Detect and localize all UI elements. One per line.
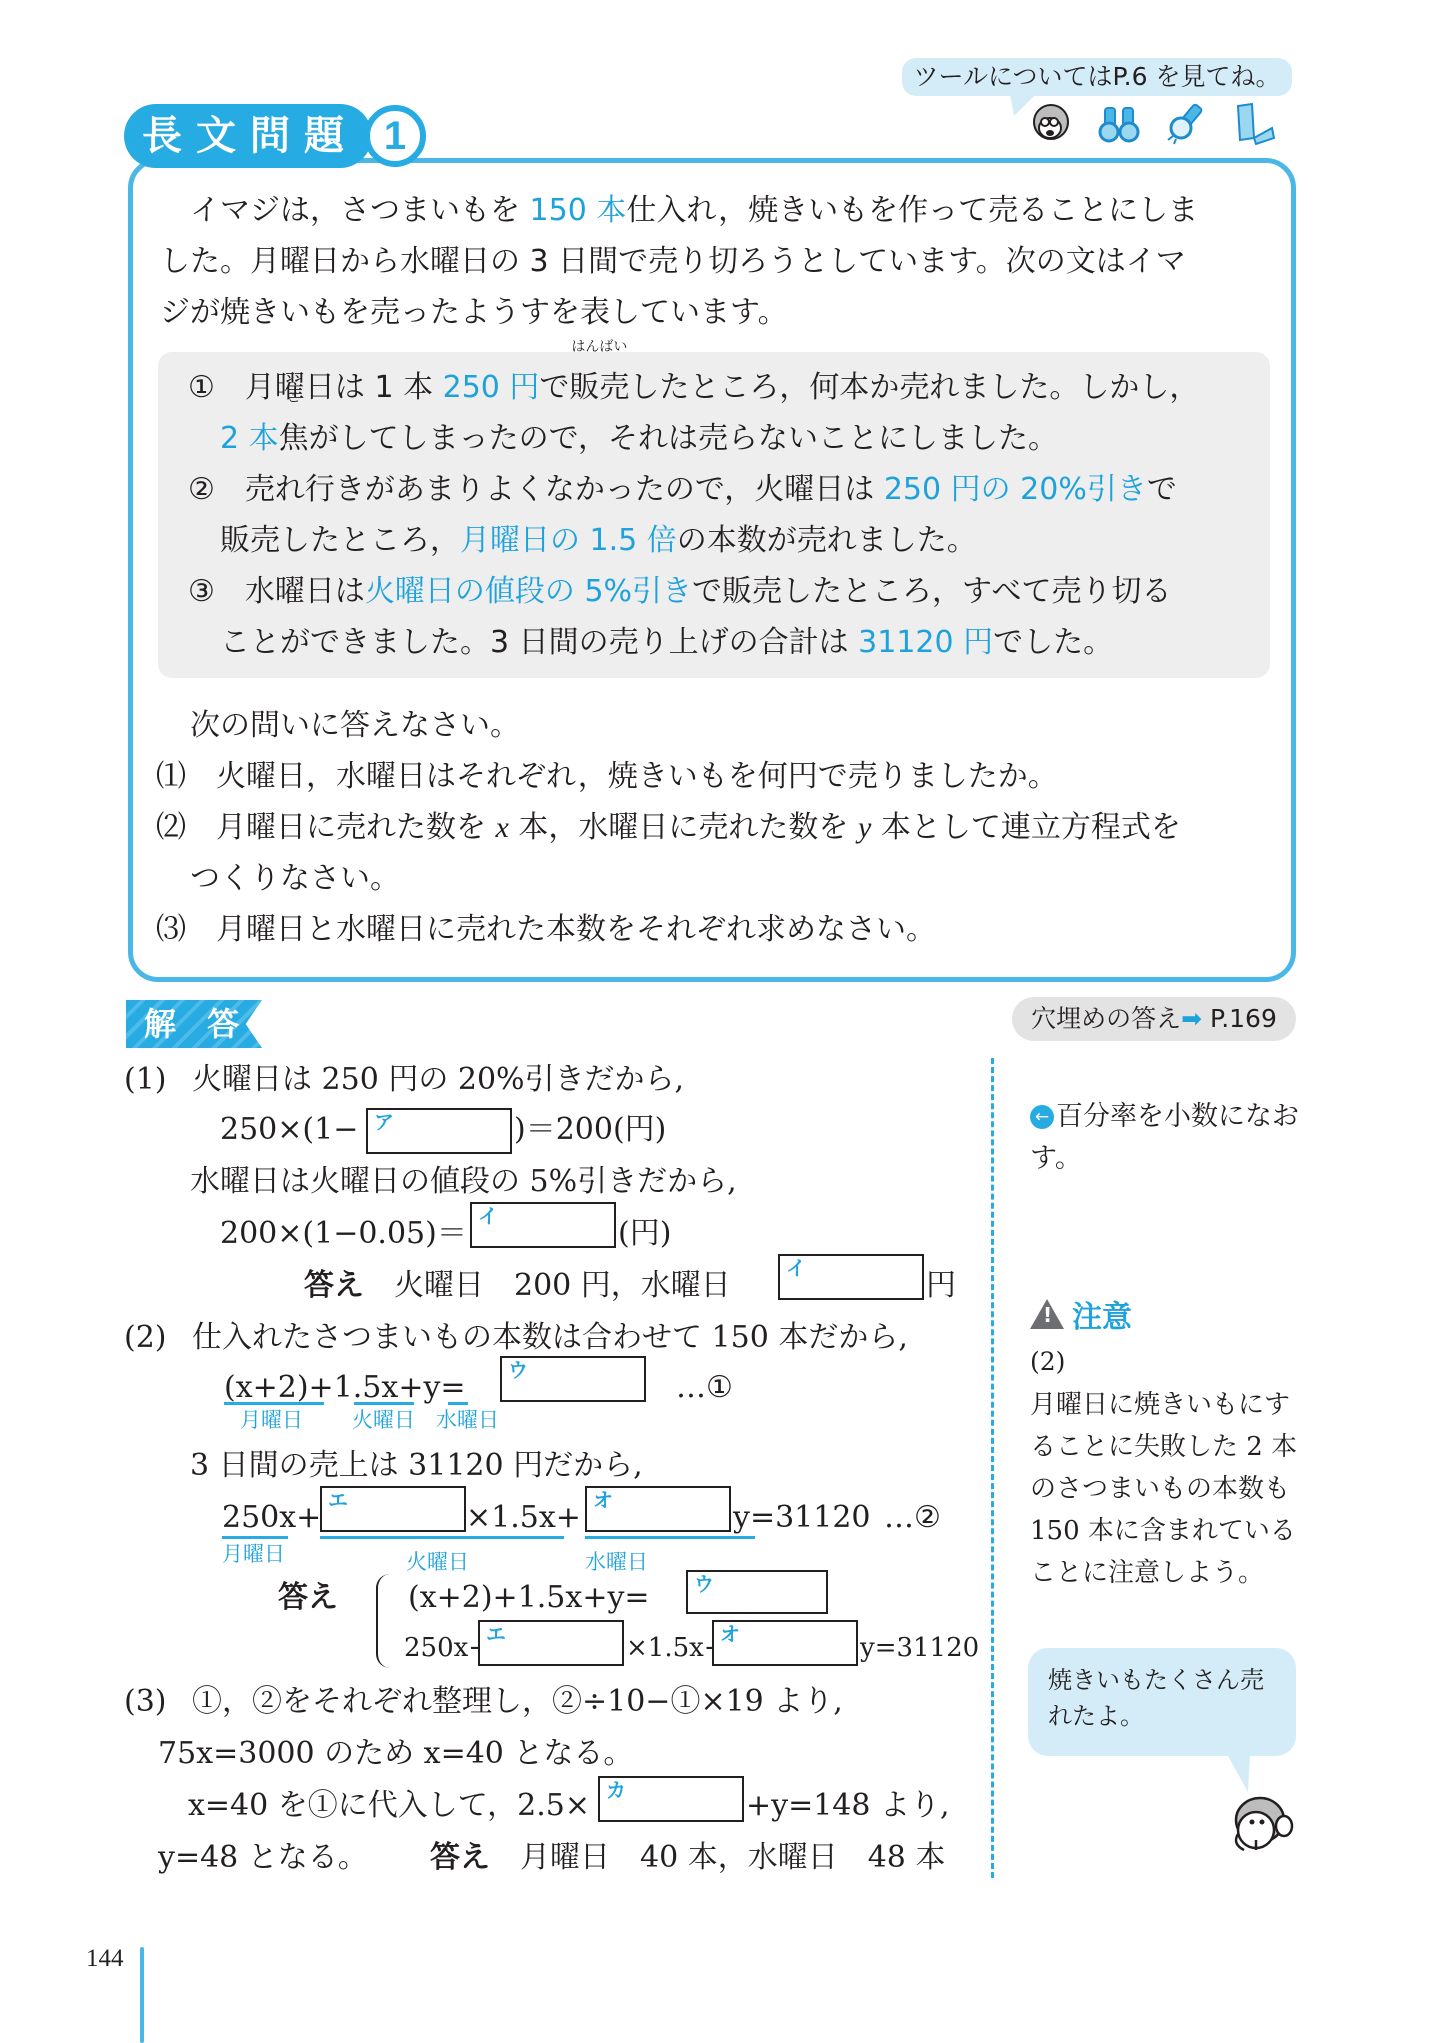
story-item-2: ② 売れ行きがあまりよくなかったので，火曜日は 250 円の 20%引きで xyxy=(188,464,1177,515)
equation-mark-2: …② xyxy=(884,1498,941,1538)
label-tuesday: 火曜日 xyxy=(352,1408,415,1432)
speech-bubble: 焼きいもたくさん売れたよ。 xyxy=(1028,1648,1296,1756)
story-item-3-cont: ことができました。3 日間の売り上げの合計は 31120 円でした。 xyxy=(220,617,1113,668)
underline-monday xyxy=(224,1402,324,1405)
intro-line-3: ジが焼きいもを売ったようすを表しています。 xyxy=(160,287,788,338)
system-eq-2c: y=31120 xyxy=(860,1628,979,1668)
blank-e[interactable]: エ xyxy=(320,1486,466,1532)
answer-3-line-1: ①，②をそれぞれ整理し，②÷10−①×19 より, xyxy=(192,1682,843,1722)
story-item-1: ① 月曜日は 1 本 250 円ではんばい販売したところ，何本か売れました。しか… xyxy=(188,362,1199,413)
answer-tag: 解 答 xyxy=(126,1000,262,1048)
binoculars-icon xyxy=(1096,100,1142,146)
hint-decimal: ←百分率を小数になおす。 xyxy=(1030,1096,1299,1180)
question-3: ⑶ 月曜日と水曜日に売れた本数をそれぞれ求めなさい。 xyxy=(156,904,936,955)
underline-monday-2 xyxy=(222,1536,288,1539)
story-item-2-cont: 販売したところ，月曜日の 1.5 倍の本数が売れました。 xyxy=(220,515,977,566)
underline-tuesday xyxy=(354,1402,414,1405)
answer-3-line-3a: x=40 を①に代入して，2.5× xyxy=(188,1786,590,1826)
system-eq-2b: ×1.5x+ xyxy=(626,1628,726,1668)
label-wednesday: 水曜日 xyxy=(436,1408,499,1432)
answer-2-line-1: 仕入れたさつまいもの本数は合わせて 150 本だから, xyxy=(192,1318,908,1358)
blank-e-answer[interactable]: エ xyxy=(478,1620,624,1666)
blank-i[interactable]: イ xyxy=(470,1202,616,1248)
tool-hint-text: ツールについてはP.6 を見てね。 xyxy=(914,62,1281,91)
answer-3-line-4: y=48 となる。 xyxy=(158,1838,368,1878)
page-number: 144 xyxy=(86,1945,124,1973)
underline-wednesday xyxy=(448,1402,468,1405)
answer-1-unit: 円 xyxy=(926,1266,956,1306)
monkey-icon xyxy=(1028,100,1074,146)
answer-3-line-2: 75x=3000 のため x=40 となる。 xyxy=(158,1734,633,1774)
title-number: 1 xyxy=(364,105,426,167)
question-2-cont: つくりなさい。 xyxy=(190,853,400,904)
answer-2-line-2: 3 日間の売上は 31120 円だから, xyxy=(190,1446,643,1486)
answer-reference: 穴埋めの答え➡ P.169 xyxy=(1012,997,1296,1041)
problem-title: 長文問題 1 xyxy=(124,104,426,168)
answer-3-line-3b: +y=148 より, xyxy=(746,1786,950,1826)
underline-tuesday-2 xyxy=(320,1536,564,1539)
dashed-divider xyxy=(991,1058,994,1878)
blank-o-answer[interactable]: オ xyxy=(712,1620,858,1666)
system-brace xyxy=(376,1574,392,1668)
underline-wednesday-2 xyxy=(585,1536,755,1539)
blank-ka[interactable]: カ xyxy=(598,1776,744,1822)
label-wednesday-2: 水曜日 xyxy=(585,1550,648,1574)
intro-line-1: イマジは，さつまいもを 150 本仕入れ，焼きいもを作って売ることにしま xyxy=(190,185,1198,236)
tool-hint-bubble: ツールについてはP.6 を見てね。 xyxy=(902,58,1292,96)
book-icon xyxy=(1232,100,1278,146)
answer-1-eq-2b: (円) xyxy=(618,1214,671,1254)
answer-3-final: 答え 月曜日 40 本，水曜日 48 本 xyxy=(430,1838,945,1878)
arrow-left-icon: ← xyxy=(1030,1105,1054,1129)
caution-num: (2) xyxy=(1030,1342,1065,1382)
answer-2-num: (2) xyxy=(124,1318,167,1358)
answer-2-eq-2c: y=31120 xyxy=(733,1498,871,1538)
page-bar xyxy=(140,1947,144,2043)
answer-2-eq-2a: 250x+ xyxy=(222,1498,321,1538)
title-label: 長文問題 xyxy=(124,104,372,168)
equation-mark-1: …① xyxy=(676,1368,733,1408)
blank-a[interactable]: ア xyxy=(366,1108,512,1154)
questions-lead: 次の問いに答えなさい。 xyxy=(190,700,520,751)
answer-1-num: (1) xyxy=(124,1060,167,1100)
arrow-right-icon: ➡ xyxy=(1181,1004,1202,1033)
monkey-mascot-icon xyxy=(1222,1790,1294,1858)
label-tuesday-2: 火曜日 xyxy=(406,1550,469,1574)
answer-1-line-2: 水曜日は火曜日の値段の 5%引きだから, xyxy=(190,1162,737,1202)
blank-o[interactable]: オ xyxy=(585,1486,731,1532)
story-item-3: ③ 水曜日は火曜日の値段の 5%引きで販売したところ，すべて売り切る xyxy=(188,566,1171,617)
answer-1-eq-1a: 250×(1− xyxy=(220,1110,358,1150)
blank-i-answer[interactable]: イ xyxy=(778,1254,924,1300)
system-eq-1: (x+2)+1.5x+y= xyxy=(408,1578,650,1618)
question-2: ⑵ 月曜日に売れた数を x 本，水曜日に売れた数を y 本として連立方程式を xyxy=(156,802,1181,853)
answer-1-line-1: 火曜日は 250 円の 20%引きだから, xyxy=(192,1060,684,1100)
answer-1-eq-1b: )＝200(円) xyxy=(514,1110,666,1150)
question-1: ⑴ 火曜日，水曜日はそれぞれ，焼きいもを何円で売りましたか。 xyxy=(156,751,1058,802)
blank-u-answer[interactable]: ウ xyxy=(686,1570,828,1614)
intro-line-2: した。月曜日から水曜日の 3 日間で売り切ろうとしています。次の文はイマ xyxy=(160,236,1186,287)
answer-2-eq-2b: ×1.5x+ xyxy=(466,1498,581,1538)
flashlight-icon xyxy=(1164,100,1210,146)
caution-heading: 注意 xyxy=(1030,1292,1132,1336)
warning-icon xyxy=(1030,1299,1064,1329)
caution-text: 月曜日に焼きいもにす ることに失敗した 2 本 のさつまいもの本数も 150 本… xyxy=(1030,1384,1297,1594)
answer-3-num: (3) xyxy=(124,1682,167,1722)
story-item-1-cont: 2 本こ焦がしてしまったので，それは売らないことにしました。 xyxy=(220,413,1058,464)
label-monday-2: 月曜日 xyxy=(222,1542,285,1566)
label-monday: 月曜日 xyxy=(240,1408,303,1432)
blank-u[interactable]: ウ xyxy=(500,1356,646,1402)
answer-1-eq-2a: 200×(1−0.05)＝ xyxy=(220,1214,467,1254)
answer-1-final: 答え 火曜日 200 円，水曜日 xyxy=(304,1266,731,1306)
answer-2-final-label: 答え xyxy=(278,1578,338,1618)
tool-icons xyxy=(1028,98,1298,148)
